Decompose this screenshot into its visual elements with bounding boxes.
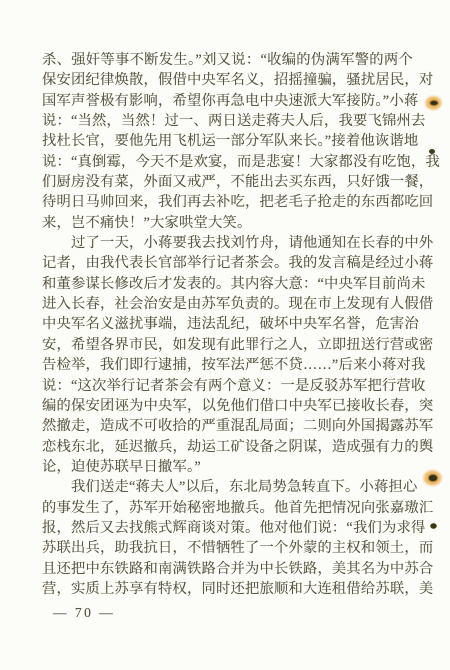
text-line: 营，实质上苏享有特权，同时还把旅顺和大连租借给苏联，美 (42, 579, 413, 599)
scanned-book-page: 杀、强奸等事不断发生。”刘又说：“收编的伪满军警的两个保安团纪律焕散，假借中央军… (0, 0, 450, 670)
text-line: 说：“当然，当然！过一、两日送走蒋夫人后，我要飞锦州去 (42, 111, 413, 131)
text-line: 安，希望各界市民，如发现有此罪行之人，立即扭送行营或密 (42, 335, 413, 355)
text-line: 进入长春，社会治安是由苏军负责的。现在市上发现有人假借 (42, 294, 413, 314)
text-line: 国军声誉极有影响，希望你再急电中央速派大军接防。”小蒋 (42, 91, 413, 111)
ink-dot (430, 523, 437, 529)
text-line: 和董参谋长修改后才发表的。其内容大意：“中央军目前尚未 (42, 274, 413, 294)
text-line: 编的保安团诬为中央军，以免他们借口中央军已接收长春，突 (42, 396, 413, 416)
text-line: 我们送走“蒋夫人”以后，东北局势急转直下。小蒋担心 (42, 477, 413, 497)
text-line: 杀、强奸等事不断发生。”刘又说：“收编的伪满军警的两个 (42, 50, 413, 70)
text-line: 保安团纪律焕散，假借中央军名义，招摇撞骗，骚扰居民，对 (42, 70, 413, 90)
text-line: 待明日马帅回来，我们再去补吃，把老毛子抢走的东西都吃回 (42, 192, 413, 212)
text-line: 们厨房没有菜，外面又戒严，不能出去买东西，只好饿一餐， (42, 172, 413, 192)
text-line: 记者，由我代表长官部举行记者茶会。我的发言稿是经过小蒋 (42, 253, 413, 273)
text-line: 说：“真倒霉，今天不是欢宴，而是悲宴！大家都没有吃饱，我 (42, 152, 413, 172)
text-line: 报，然后又去找熊式辉商谈对策。他对他们说：“我们为求得 (42, 518, 413, 538)
text-line: 过了一天，小蒋要我去找刘竹舟，请他通知在长春的中外 (42, 233, 413, 253)
ink-spot (424, 95, 443, 111)
text-line: 论，迫使苏联早日撤军。” (42, 457, 413, 477)
text-line: 恋栈东北，延迟撤兵，劫运工矿设备之阴谋，造成强有力的舆 (42, 437, 413, 457)
ink-spot (422, 469, 443, 487)
text-line: 然撤走，造成不可收拾的严重混乱局面；二则向外国揭露苏军 (42, 416, 413, 436)
ink-spot-core (428, 475, 437, 482)
text-line: 苏联出兵，助我抗日，不惜牺牲了一个外蒙的主权和领土，而 (42, 538, 413, 558)
text-line: 且还把中东铁路和南满铁路合并为中长铁路，美其名为中苏合 (42, 559, 413, 579)
text-line: 告检举，我们即行逮捕，按军法严惩不贷……”后来小蒋对我 (42, 355, 413, 375)
text-line: 找杜长官，要他先用飞机运一部分军队来长。”接着他诙谐地 (42, 131, 413, 151)
ink-dot (429, 149, 435, 154)
text-line: 的事发生了，苏军开始秘密地撤兵。他首先把情况向张嘉璈汇 (42, 498, 413, 518)
page-text: 杀、强奸等事不断发生。”刘又说：“收编的伪满军警的两个保安团纪律焕散，假借中央军… (42, 50, 413, 599)
text-line: 说：“这次举行记者茶会有两个意义：一是反驳苏军把行营收 (42, 376, 413, 396)
page-number: — 70 — (53, 605, 115, 621)
ink-spot-core (430, 101, 438, 106)
text-line: 中央军名义滋扰事端，违法乱纪，破坏中央军名誉，危害治 (42, 314, 413, 334)
text-line: 来，岂不痛快！”大家哄堂大笑。 (42, 213, 413, 233)
